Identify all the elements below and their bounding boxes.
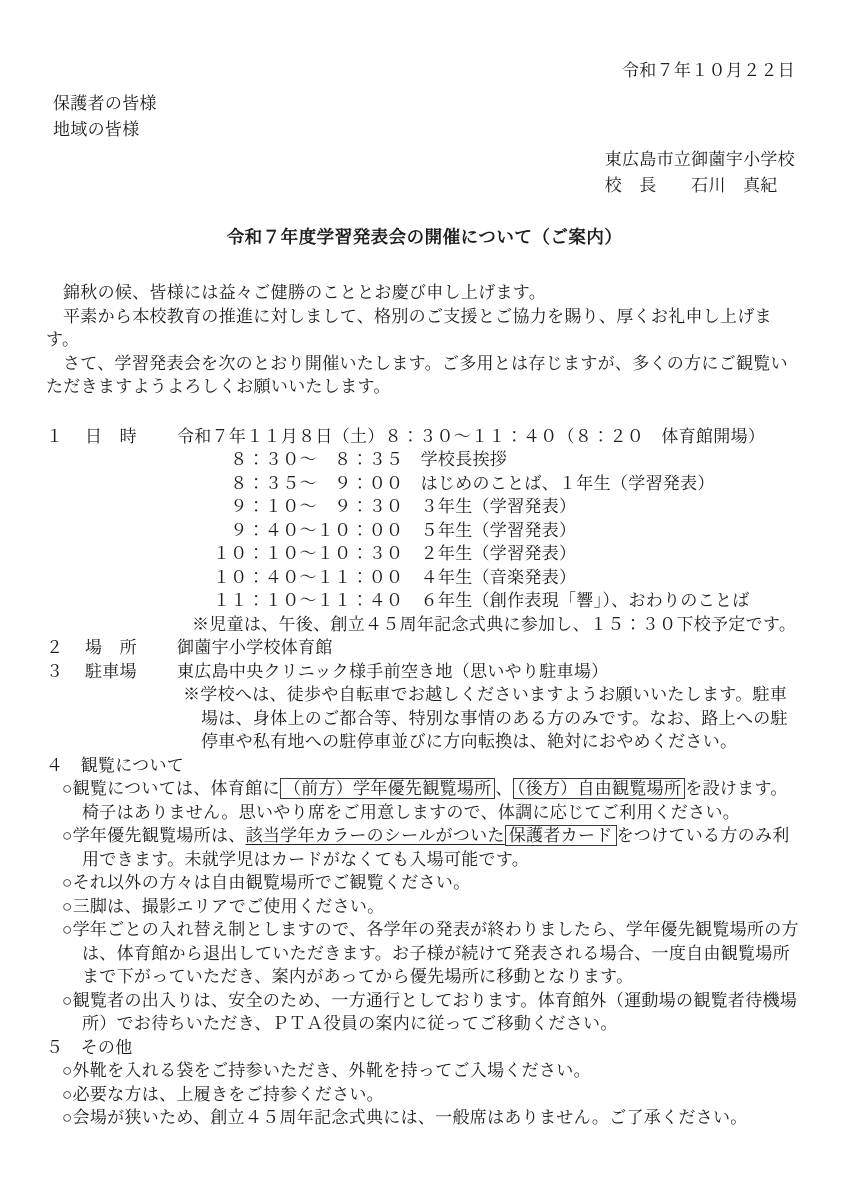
underlined-text: 該当学年カラーのシールがついた xyxy=(246,826,505,845)
text-segment: ○観覧については、体育館に xyxy=(62,779,280,798)
greeting-line: 錦秋の候、皆様には益々ご健勝のこととお慶び申し上げます。 xyxy=(46,281,803,305)
document-page: 令和７年１０月２２日 保護者の皆様 地域の皆様 東広島市立御薗宇小学校 校 長 … xyxy=(0,0,849,1200)
text-segment: ○必要な方は、上履きをご持参ください。 xyxy=(62,1085,384,1104)
section-note: ※児童は、午後、創立４５周年記念式典に参加し、１５：３０下校予定です。 xyxy=(192,613,803,637)
section-label: 駐車場 xyxy=(85,660,177,684)
bullet-item: ○学年ごとの入れ替え制としますので、各学年の発表が終わりましたら、学年優先観覧場… xyxy=(62,918,803,989)
greeting-line: 平素から本校教育の推進に対しまして、格別のご支援とご協力を賜り、厚くお礼申し上げ… xyxy=(46,305,803,352)
sender-block: 東広島市立御薗宇小学校 校 長 石川 真紀 xyxy=(46,147,803,199)
recipient-block: 保護者の皆様 地域の皆様 xyxy=(53,91,803,143)
section-header: ４ 観覧について xyxy=(46,754,803,778)
section-number: ３ xyxy=(46,660,85,684)
document-date: 令和７年１０月２２日 xyxy=(46,62,803,80)
text-segment: ○それ以外の方々は自由観覧場所でご観覧ください。 xyxy=(62,873,470,892)
text-segment: ○会場が狭いため、創立４５周年記念式典には、一般席はありません。ご了承ください。 xyxy=(62,1108,748,1127)
text-segment: ○学年ごとの入れ替え制としますので、各学年の発表が終わりましたら、学年優先観覧場… xyxy=(62,920,799,986)
section-header: ２場 所御薗宇小学校体育館 xyxy=(46,636,803,660)
schedule-item: ９：４０～１０：００ ５年生（学習発表） xyxy=(213,519,803,543)
section-header: ５ その他 xyxy=(46,1036,803,1060)
sender-school: 東広島市立御薗宇小学校 xyxy=(605,147,795,173)
sender-principal: 校 長 石川 真紀 xyxy=(605,173,795,199)
boxed-text: 保護者カード xyxy=(505,825,617,846)
boxed-text: （後方）自由観覧場所 xyxy=(513,778,686,799)
section-number: ２ xyxy=(46,636,85,660)
boxed-text: （前方）学年優先観覧場所 xyxy=(280,778,496,799)
schedule-item: ９：１０～ ９：３０ ３年生（学習発表） xyxy=(213,495,803,519)
section-value: 御薗宇小学校体育館 xyxy=(177,636,803,660)
section-number: １ xyxy=(46,425,85,449)
text-segment: ○三脚は、撮影エリアでご使用ください。 xyxy=(62,897,384,916)
schedule-item: ８：３０～ ８：３５ 学校長挨拶 xyxy=(213,448,803,472)
greeting-paragraphs: 錦秋の候、皆様には益々ご健勝のこととお慶び申し上げます。平素から本校教育の推進に… xyxy=(46,281,803,399)
recipient-line: 保護者の皆様 xyxy=(53,91,803,117)
bullet-item: ○外靴を入れる袋をご持参いただき、外靴を持ってご入場ください。 xyxy=(62,1059,803,1083)
bullet-item: ○観覧については、体育館に（前方）学年優先観覧場所、（後方）自由観覧場所を設けま… xyxy=(62,777,803,824)
text-segment: ○観覧者の出入りは、安全のため、一方通行としております。体育館外（運動場の観覧者… xyxy=(62,991,797,1034)
bullet-item: ○学年優先観覧場所は、該当学年カラーのシールがついた保護者カードをつけている方の… xyxy=(62,824,803,871)
text-segment: ○外靴を入れる袋をご持参いただき、外靴を持ってご入場ください。 xyxy=(62,1061,591,1080)
section-header: １日 時令和７年１１月８日（土）８：３０～１１：４０（８：２０ 体育館開場） xyxy=(46,425,803,449)
section-label: 日 時 xyxy=(85,425,177,449)
section-label: 場 所 xyxy=(85,636,177,660)
text-segment: 、 xyxy=(495,779,512,798)
bullet-item: ○観覧者の出入りは、安全のため、一方通行としております。体育館外（運動場の観覧者… xyxy=(62,989,803,1036)
section-value: 東広島中央クリニック様手前空き地（思いやり駐車場） xyxy=(177,660,803,684)
section-note: ※学校へは、徒歩や自転車でお越しくださいますようお願いいたします。駐車場は、身体… xyxy=(183,683,803,754)
bullet-item: ○三脚は、撮影エリアでご使用ください。 xyxy=(62,895,803,919)
document-title: 令和７年度学習発表会の開催について（ご案内） xyxy=(46,225,803,249)
schedule-item: １０：１０～１０：３０ ２年生（学習発表） xyxy=(213,542,803,566)
recipient-line: 地域の皆様 xyxy=(53,117,803,143)
schedule-item: １０：４０～１１：００ ４年生（音楽発表） xyxy=(213,566,803,590)
schedule-item: ８：３５～ ９：００ はじめのことば、１年生（学習発表） xyxy=(213,472,803,496)
text-segment: ○学年優先観覧場所は、 xyxy=(62,826,246,845)
bullet-item: ○必要な方は、上履きをご持参ください。 xyxy=(62,1083,803,1107)
document-sections: １日 時令和７年１１月８日（土）８：３０～１１：４０（８：２０ 体育館開場） ８… xyxy=(46,425,803,1130)
schedule-item: １１：１０～１１：４０ ６年生（創作表現「響」）、おわりのことば xyxy=(213,589,803,613)
section-value: 令和７年１１月８日（土）８：３０～１１：４０（８：２０ 体育館開場） xyxy=(177,425,803,449)
section-header: ３駐車場東広島中央クリニック様手前空き地（思いやり駐車場） xyxy=(46,660,803,684)
bullet-item: ○それ以外の方々は自由観覧場所でご観覧ください。 xyxy=(62,871,803,895)
greeting-line: さて、学習発表会を次のとおり開催いたします。ご多用とは存じますが、多くの方にご観… xyxy=(46,352,803,399)
bullet-item: ○会場が狭いため、創立４５周年記念式典には、一般席はありません。ご了承ください。 xyxy=(62,1106,803,1130)
